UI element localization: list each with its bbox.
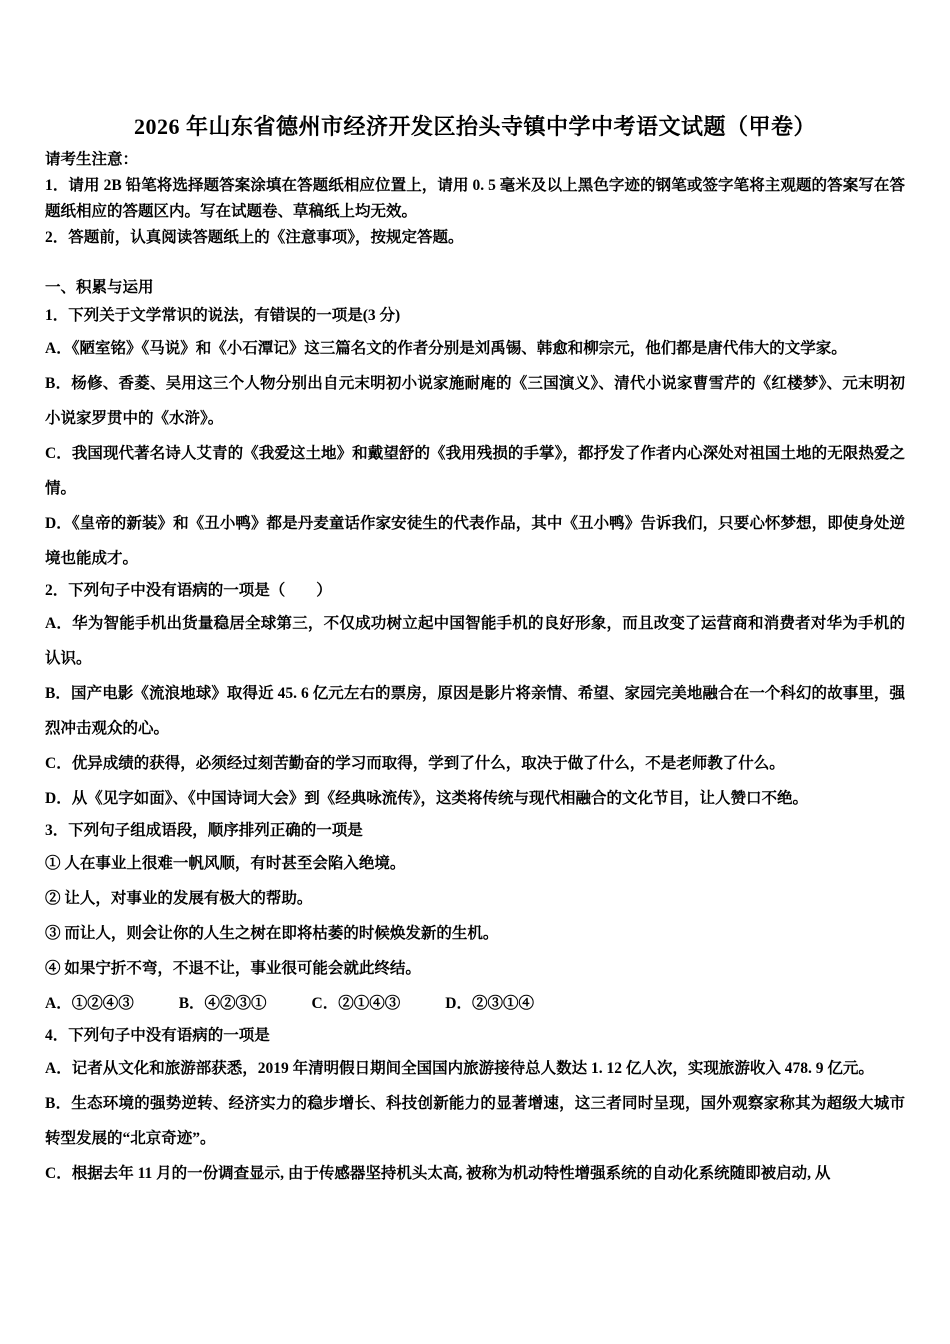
question-3-choice-a: A．①②④③ (45, 986, 134, 1021)
question-3-choice-b: B．④②③① (179, 986, 267, 1021)
question-3-choice-c: C．②①④③ (312, 986, 401, 1021)
candidate-notice: 请考生注意： 1．请用 2B 铅笔将选择题答案涂填在答题纸相应位置上，请用 0.… (45, 147, 905, 251)
notice-heading: 请考生注意： (45, 147, 905, 173)
question-2: 2．下列句子中没有语病的一项是（ ） A．华为智能手机出货量稳居全球第三，不仅成… (45, 576, 905, 816)
question-3-stem: 3．下列句子组成语段，顺序排列正确的一项是 (45, 816, 905, 846)
question-1-stem: 1．下列关于文学常识的说法，有错误的一项是(3 分) (45, 301, 905, 331)
question-4-option-c: C．根据去年 11 月的一份调查显示, 由于传感器坚持机头太高, 被称为机动特性… (45, 1156, 905, 1191)
question-2-option-a: A．华为智能手机出货量稳居全球第三，不仅成功树立起中国智能手机的良好形象，而且改… (45, 606, 905, 676)
question-3-sentence-1: ① 人在事业上很难一帆风顺，有时甚至会陷入绝境。 (45, 846, 905, 881)
question-2-option-b: B．国产电影《流浪地球》取得近 45. 6 亿元左右的票房，原因是影片将亲情、希… (45, 676, 905, 746)
question-3: 3．下列句子组成语段，顺序排列正确的一项是 ① 人在事业上很难一帆风顺，有时甚至… (45, 816, 905, 1021)
section-heading: 一、积累与运用 (45, 275, 905, 301)
question-1-option-b: B．杨修、香菱、吴用这三个人物分别出自元末明初小说家施耐庵的《三国演义》、清代小… (45, 366, 905, 436)
question-1-option-c: C．我国现代著名诗人艾青的《我爱这土地》和戴望舒的《我用残损的手掌》，都抒发了作… (45, 436, 905, 506)
question-1: 1．下列关于文学常识的说法，有错误的一项是(3 分) A．《陋室铭》《马说》和《… (45, 301, 905, 576)
question-2-option-c: C．优异成绩的获得，必须经过刻苦勤奋的学习而取得，学到了什么，取决于做了什么，不… (45, 746, 905, 781)
question-3-choice-d: D．②③①④ (445, 986, 534, 1021)
question-4-option-a: A．记者从文化和旅游部获悉，2019 年清明假日期间全国国内旅游接待总人数达 1… (45, 1051, 905, 1086)
question-2-stem: 2．下列句子中没有语病的一项是（ ） (45, 576, 905, 606)
page-title: 2026 年山东省德州市经济开发区抬头寺镇中学中考语文试题（甲卷） (45, 112, 905, 142)
question-1-option-d: D．《皇帝的新装》和《丑小鸭》都是丹麦童话作家安徒生的代表作品，其中《丑小鸭》告… (45, 506, 905, 576)
question-4: 4．下列句子中没有语病的一项是 A．记者从文化和旅游部获悉，2019 年清明假日… (45, 1021, 905, 1191)
question-2-option-d: D．从《见字如面》、《中国诗词大会》到《经典咏流传》，这类将传统与现代相融合的文… (45, 781, 905, 816)
question-4-stem: 4．下列句子中没有语病的一项是 (45, 1021, 905, 1051)
question-3-choice-row: A．①②④③ B．④②③① C．②①④③ D．②③①④ (45, 986, 905, 1021)
notice-item-1: 1．请用 2B 铅笔将选择题答案涂填在答题纸相应位置上，请用 0. 5 毫米及以… (45, 173, 905, 225)
question-3-sentence-3: ③ 而让人，则会让你的人生之树在即将枯萎的时候焕发新的生机。 (45, 916, 905, 951)
exam-paper-page: 2026 年山东省德州市经济开发区抬头寺镇中学中考语文试题（甲卷） 请考生注意：… (0, 0, 950, 1344)
question-4-option-b: B．生态环境的强势逆转、经济实力的稳步增长、科技创新能力的显著增速，这三者同时呈… (45, 1086, 905, 1156)
question-3-sentence-4: ④ 如果宁折不弯，不退不让，事业很可能会就此终结。 (45, 951, 905, 986)
question-1-option-a: A．《陋室铭》《马说》和《小石潭记》这三篇名文的作者分别是刘禹锡、韩愈和柳宗元，… (45, 331, 905, 366)
question-3-sentence-2: ② 让人，对事业的发展有极大的帮助。 (45, 881, 905, 916)
notice-item-2: 2．答题前，认真阅读答题纸上的《注意事项》，按规定答题。 (45, 225, 905, 251)
